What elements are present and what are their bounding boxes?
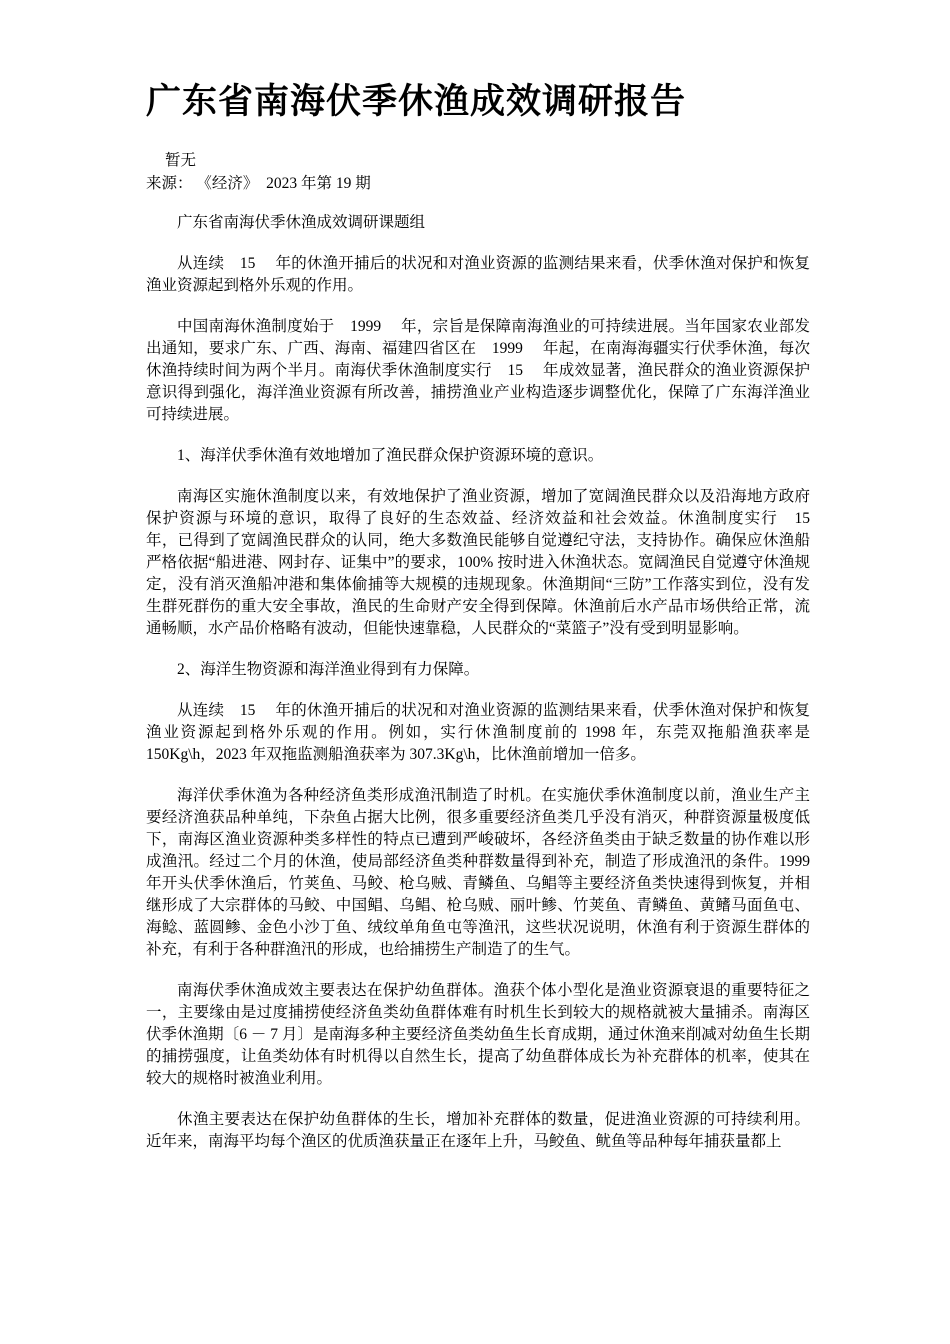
paragraph-section2-juvenile-fish: 南海伏季休渔成效主要表达在保护幼鱼群体。渔获个体小型化是渔业资源衰退的重要特征之…	[146, 980, 810, 1090]
paragraph-intro: 从连续 15 年的休渔开捕后的状况和对渔业资源的监测结果来看，伏季休渔对保护和恢…	[146, 253, 810, 297]
section-heading-2: 2、海洋生物资源和海洋渔业得到有力保障。	[146, 659, 810, 681]
source-value: 《经济》 2023 年第 19 期	[196, 175, 370, 192]
section-heading-1: 1、海洋伏季休渔有效地增加了渔民群众保护资源环境的意识。	[146, 445, 810, 467]
paragraph-history: 中国南海休渔制度始于 1999 年，宗旨是保障南海渔业的可持续进展。当年国家农业…	[146, 316, 810, 426]
paragraph-section1-body: 南海区实施休渔制度以来，有效地保护了渔业资源，增加了宽阔渔民群众以及沿海地方政府…	[146, 486, 810, 640]
document-page: 广东省南海伏季休渔成效调研报告 暂无 来源： 《经济》 2023 年第 19 期…	[0, 0, 950, 1344]
source-line: 来源： 《经济》 2023 年第 19 期	[146, 172, 810, 196]
paragraph-section2-sustainable-use: 休渔主要表达在保护幼鱼群体的生长，增加补充群体的数量，促进渔业资源的可持续利用。…	[146, 1109, 810, 1153]
paragraph-section2-monitoring: 从连续 15 年的休渔开捕后的状况和对渔业资源的监测结果来看，伏季休渔对保护和恢…	[146, 700, 810, 766]
byline: 广东省南海伏季休渔成效调研课题组	[146, 212, 810, 234]
document-title: 广东省南海伏季休渔成效调研报告	[146, 80, 810, 124]
status-line: 暂无	[146, 150, 810, 172]
paragraph-section2-fishing-season: 海洋伏季休渔为各种经济鱼类形成渔汛制造了时机。在实施伏季休渔制度以前，渔业生产主…	[146, 785, 810, 961]
source-label: 来源：	[146, 175, 193, 192]
